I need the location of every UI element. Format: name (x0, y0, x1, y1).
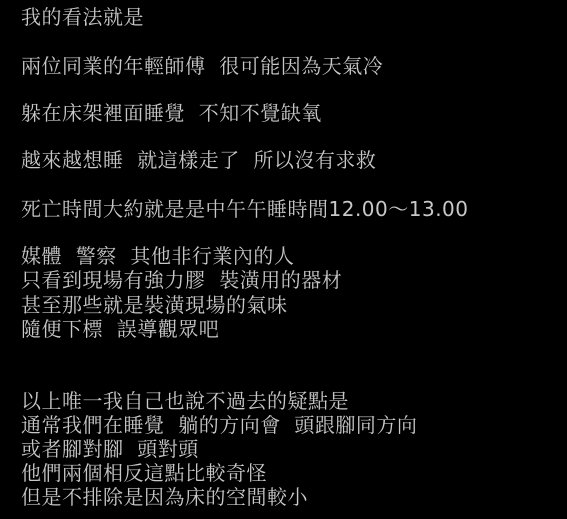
post-line: 我的看法就是 (21, 5, 144, 29)
post-line: 甚至那些就是裝潢現場的氣味 (21, 293, 288, 317)
post-line: 但是不排除是因為床的空間較小 (21, 485, 308, 509)
post-line: 或者腳對腳 頭對頭 (21, 437, 199, 461)
post-line: 兩位同業的年輕師傅 很可能因為天氣冷 (21, 54, 383, 78)
post-line: 通常我們在睡覺 躺的方向會 頭跟腳同方向 (21, 413, 417, 437)
post-line: 隨便下標 誤導觀眾吧 (21, 317, 219, 341)
post-line: 越來越想睡 就這樣走了 所以沒有求救 (21, 148, 376, 172)
post-line: 媒體 警察 其他非行業內的人 (21, 244, 294, 268)
post-line: 躲在床架裡面睡覺 不知不覺缺氧 (21, 101, 322, 125)
post-line: 只看到現場有強力膠 裝潢用的器材 (21, 268, 342, 292)
post-line: 死亡時間大約就是是中午午睡時間12.00～13.00 (21, 197, 469, 221)
post-line: 以上唯一我自己也說不過去的疑點是 (21, 389, 349, 413)
post-line: 他們兩個相反這點比較奇怪 (21, 461, 267, 485)
